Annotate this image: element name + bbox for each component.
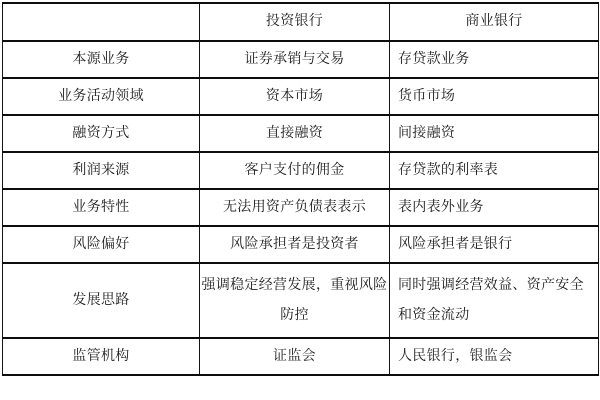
investment-bank-cell: 风险承担者是投资者 bbox=[200, 226, 390, 263]
table-row: 业务特性 无法用资产负债表表示 表内表外业务 bbox=[3, 189, 599, 226]
table-row: 利润来源 客户支付的佣金 存贷款的利率表 bbox=[3, 152, 599, 189]
bank-comparison-table: 投资银行 商业银行 本源业务 证券承销与交易 存贷款业务 业务活动领域 资本市场… bbox=[2, 2, 599, 376]
row-label-cell: 本源业务 bbox=[3, 41, 200, 78]
table-row: 风险偏好 风险承担者是投资者 风险承担者是银行 bbox=[3, 226, 599, 263]
commercial-bank-cell: 人民银行，银监会 bbox=[390, 338, 599, 375]
commercial-bank-cell: 同时强调经营效益、资产安全和资金流动 bbox=[390, 263, 599, 338]
table-row: 业务活动领域 资本市场 货币市场 bbox=[3, 78, 599, 115]
investment-bank-cell: 强调稳定经营发展，重视风险防控 bbox=[200, 263, 390, 338]
commercial-bank-cell: 表内表外业务 bbox=[390, 189, 599, 226]
row-label-cell: 业务活动领域 bbox=[3, 78, 200, 115]
commercial-bank-cell: 风险承担者是银行 bbox=[390, 226, 599, 263]
row-label-cell: 融资方式 bbox=[3, 115, 200, 152]
row-label-cell: 监管机构 bbox=[3, 338, 200, 375]
header-row: 投资银行 商业银行 bbox=[3, 3, 599, 41]
row-label-cell: 利润来源 bbox=[3, 152, 200, 189]
commercial-bank-cell: 存贷款的利率表 bbox=[390, 152, 599, 189]
investment-bank-cell: 证监会 bbox=[200, 338, 390, 375]
investment-bank-cell: 客户支付的佣金 bbox=[200, 152, 390, 189]
investment-bank-cell: 直接融资 bbox=[200, 115, 390, 152]
investment-bank-cell: 无法用资产负债表表示 bbox=[200, 189, 390, 226]
investment-bank-header: 投资银行 bbox=[200, 3, 390, 41]
investment-bank-cell: 资本市场 bbox=[200, 78, 390, 115]
row-label-cell: 业务特性 bbox=[3, 189, 200, 226]
table-row: 监管机构 证监会 人民银行，银监会 bbox=[3, 338, 599, 375]
table-row: 发展思路 强调稳定经营发展，重视风险防控 同时强调经营效益、资产安全和资金流动 bbox=[3, 263, 599, 338]
commercial-bank-header: 商业银行 bbox=[390, 3, 599, 41]
commercial-bank-cell: 存贷款业务 bbox=[390, 41, 599, 78]
commercial-bank-cell: 间接融资 bbox=[390, 115, 599, 152]
commercial-bank-cell: 货币市场 bbox=[390, 78, 599, 115]
row-label-cell: 风险偏好 bbox=[3, 226, 200, 263]
page-background: 投资银行 商业银行 本源业务 证券承销与交易 存贷款业务 业务活动领域 资本市场… bbox=[0, 0, 600, 400]
investment-bank-cell: 证券承销与交易 bbox=[200, 41, 390, 78]
table-row: 本源业务 证券承销与交易 存贷款业务 bbox=[3, 41, 599, 78]
table-row: 融资方式 直接融资 间接融资 bbox=[3, 115, 599, 152]
row-label-cell: 发展思路 bbox=[3, 263, 200, 338]
corner-cell bbox=[3, 3, 200, 41]
